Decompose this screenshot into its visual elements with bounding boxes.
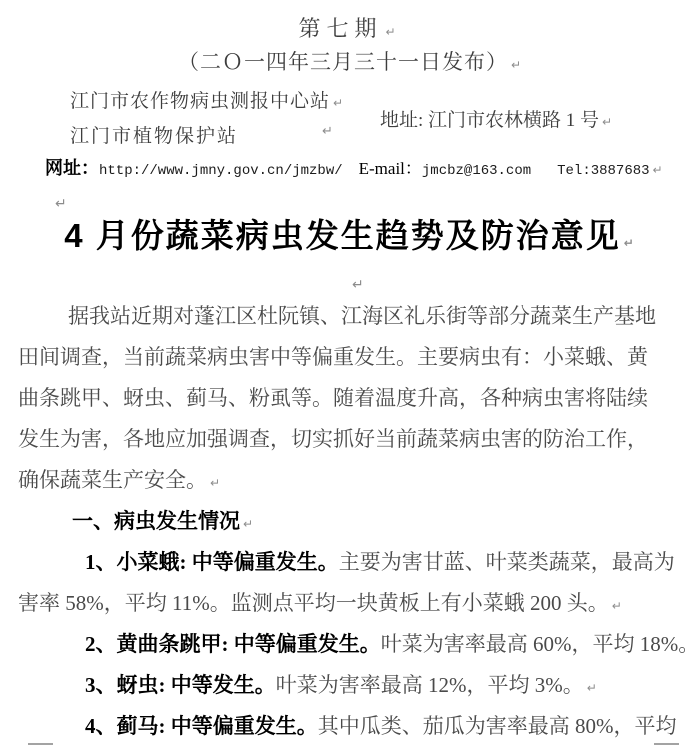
- paragraph-mark: ↵: [322, 124, 333, 139]
- page-margin-mark-right: [654, 743, 679, 745]
- document-page: 第七期↵ （二Ｏ一四年三月三十一日发布）↵ 江门市农作物病虫测报中心站↵ 江门市…: [0, 0, 700, 748]
- body-line: 3、蚜虫: 中等发生。叶菜为害率最高 12%，平均 3%。↵: [18, 665, 690, 706]
- empty-paragraph-mark: ↵: [352, 277, 364, 293]
- text-run: 叶菜为害率最高 60%，平均 18%。: [381, 632, 700, 656]
- body-line: 确保蔬菜生产安全。↵: [18, 460, 690, 501]
- body-line: 1、小菜蛾: 中等偏重发生。主要为害甘蓝、叶菜类蔬菜，最高为: [18, 542, 690, 583]
- text-run: 害率 58%，平均 11%。监测点平均一块黄板上有小菜蛾 200 头。: [18, 591, 609, 615]
- tel-value: Tel:3887683: [557, 163, 649, 179]
- publish-date: （二Ｏ一四年三月三十一日发布）↵: [0, 46, 700, 76]
- email-value: jmcbz@163.com: [422, 163, 531, 179]
- paragraph-mark: ↵: [385, 25, 401, 39]
- paragraph-mark: ↵: [587, 681, 597, 695]
- email-label: E-mail：: [359, 159, 422, 178]
- text-run: 叶菜为害率最高 12%，平均 3%。: [276, 673, 584, 697]
- body-line: 2、黄曲条跳甲: 中等偏重发生。叶菜为害率最高 60%，平均 18%。↵: [18, 624, 690, 665]
- issue-number: 第七期↵: [0, 12, 700, 43]
- body-line: 4、蓟马: 中等偏重发生。其中瓜类、茄瓜为害率最高 80%，平均: [18, 706, 690, 747]
- org-line-2-text: 江门市植物保护站: [70, 126, 238, 147]
- website-label: 网址：: [45, 158, 99, 178]
- text-run: 确保蔬菜生产安全。: [18, 468, 207, 492]
- paragraph-mark: ↵: [243, 517, 253, 531]
- text-run: 发生为害，各地应加强调查，切实抓好当前蔬菜病虫害的防治工作，: [18, 427, 648, 451]
- text-run: 主要为害甘蓝、叶菜类蔬菜，最高为: [339, 550, 675, 574]
- text-run: 曲条跳甲、蚜虫、蓟马、粉虱等。随着温度升高，各种病虫害将陆续: [18, 386, 648, 410]
- body-line: 发生为害，各地应加强调查，切实抓好当前蔬菜病虫害的防治工作，: [18, 419, 690, 460]
- paragraph-mark: ↵: [333, 96, 344, 110]
- address-line: 地址: 江门市农林横路 1 号↵: [380, 105, 612, 132]
- text-run-bold: 4、蓟马: 中等偏重发生。: [85, 714, 318, 738]
- address-label: 地址:: [380, 110, 428, 131]
- doc-title-text: 4 月份蔬菜病虫发生趋势及防治意见: [64, 217, 621, 254]
- paragraph-mark: ↵: [624, 236, 636, 250]
- org-line-1: 江门市农作物病虫测报中心站↵: [70, 86, 344, 113]
- body-line: 田间调查，当前蔬菜病虫害中等偏重发生。主要病虫有：小菜蛾、黄: [18, 337, 690, 378]
- text-run: 田间调查，当前蔬菜病虫害中等偏重发生。主要病虫有：小菜蛾、黄: [18, 345, 648, 369]
- website-url: http://www.jmny.gov.cn/jmzbw/: [99, 163, 343, 179]
- publish-date-text: （二Ｏ一四年三月三十一日发布）: [178, 50, 508, 74]
- text-run-bold: 一、病虫发生情况: [72, 509, 240, 533]
- paragraph-mark: ↵: [653, 163, 663, 177]
- page-margin-mark-left: [28, 743, 53, 745]
- address-value: 江门市农林横路 1 号: [428, 110, 599, 131]
- text-run-bold: 2、黄曲条跳甲: 中等偏重发生。: [85, 632, 381, 656]
- org-line-1-text: 江门市农作物病虫测报中心站: [70, 91, 330, 112]
- paragraph-mark: ↵: [511, 58, 522, 72]
- body-line: 一、病虫发生情况↵: [18, 501, 690, 542]
- body-line: 害率 58%，平均 11%。监测点平均一块黄板上有小菜蛾 200 头。↵: [18, 583, 690, 624]
- text-run-bold: 3、蚜虫: 中等发生。: [85, 673, 276, 697]
- text-run: 据我站近期对蓬江区杜阮镇、江海区礼乐街等部分蔬菜生产基地: [68, 304, 656, 328]
- doc-title: 4 月份蔬菜病虫发生趋势及防治意见↵: [0, 210, 700, 257]
- contact-line: 网址：http://www.jmny.gov.cn/jmzbw/E-mail：j…: [45, 154, 663, 180]
- body-line: 据我站近期对蓬江区杜阮镇、江海区礼乐街等部分蔬菜生产基地: [18, 296, 690, 337]
- issue-number-text: 第七期: [298, 16, 382, 41]
- paragraph-mark: ↵: [602, 115, 612, 129]
- body-line: 曲条跳甲、蚜虫、蓟马、粉虱等。随着温度升高，各种病虫害将陆续: [18, 378, 690, 419]
- paragraph-mark: ↵: [210, 476, 220, 490]
- text-run-bold: 1、小菜蛾: 中等偏重发生。: [85, 550, 339, 574]
- text-run: 其中瓜类、茄瓜为害率最高 80%，平均: [318, 714, 677, 738]
- body-text: 据我站近期对蓬江区杜阮镇、江海区礼乐街等部分蔬菜生产基地田间调查，当前蔬菜病虫害…: [18, 296, 690, 747]
- paragraph-mark: ↵: [612, 599, 622, 613]
- org-line-2: 江门市植物保护站: [70, 121, 238, 148]
